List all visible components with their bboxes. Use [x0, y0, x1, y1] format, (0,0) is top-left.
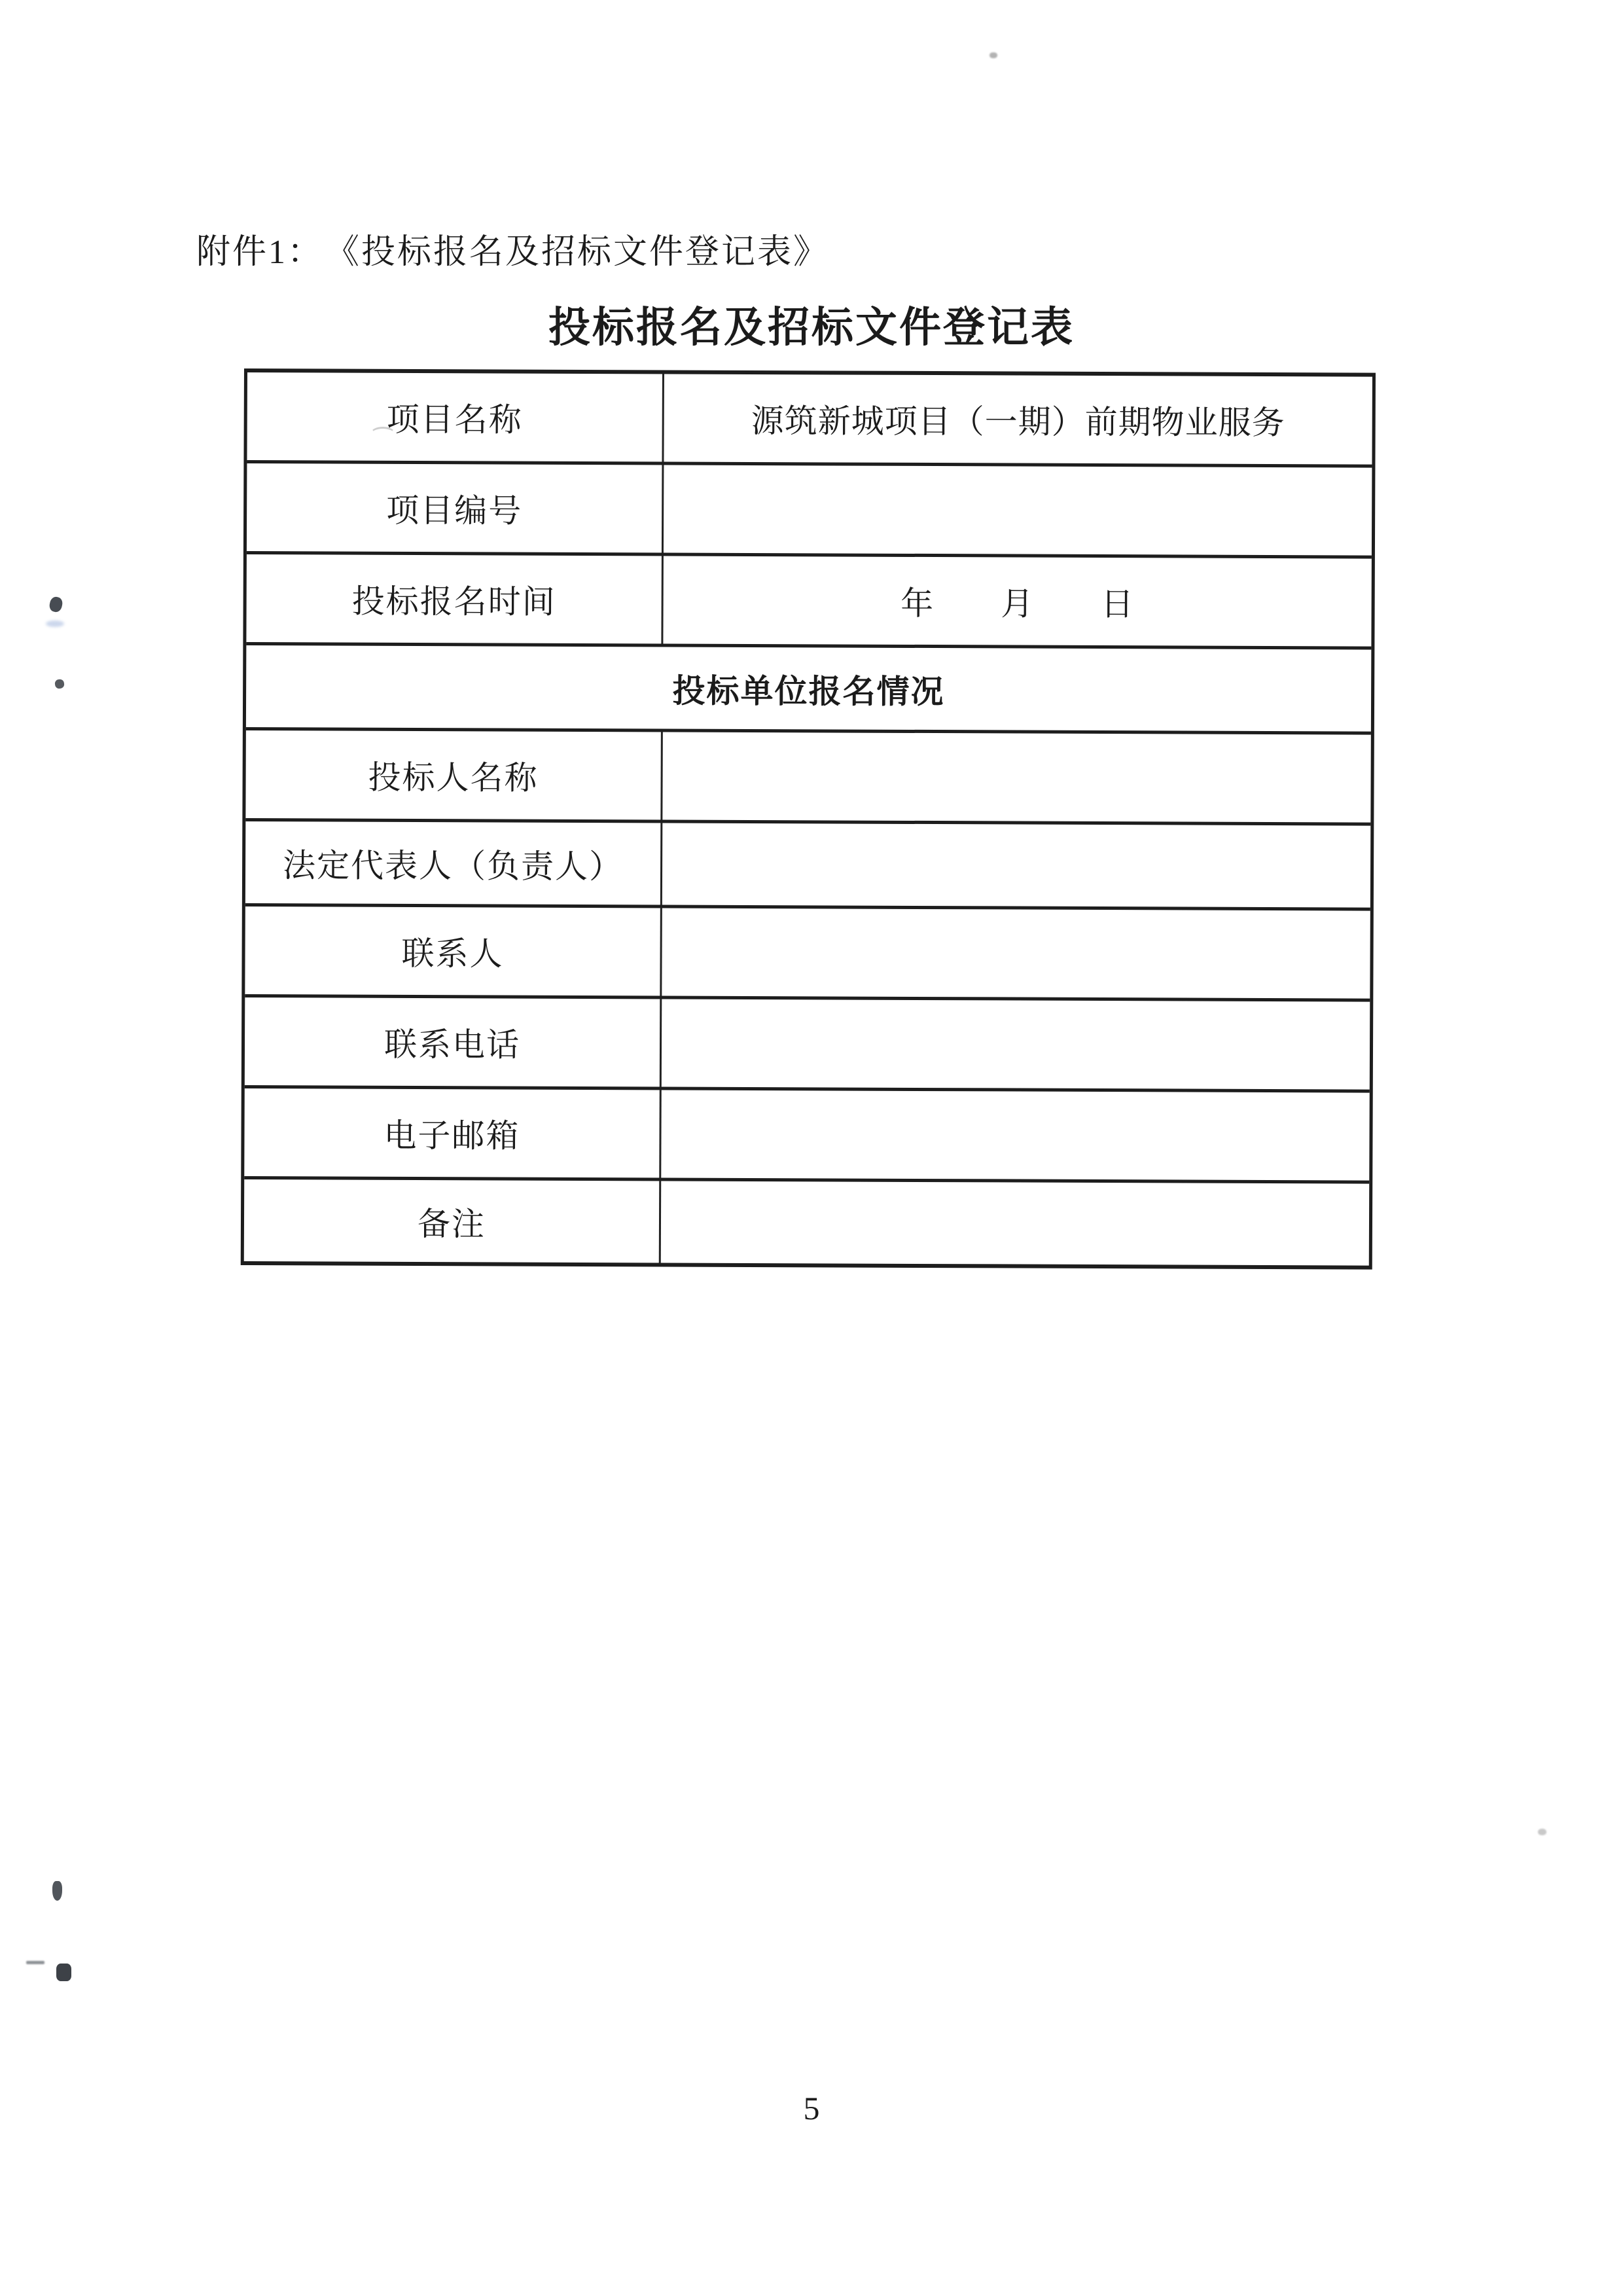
scan-speck	[990, 52, 997, 58]
project-number-label: 项目编号	[247, 463, 664, 552]
bidder-name-label: 投标人名称	[245, 730, 663, 819]
scanned-document-page: 附件1： 《投标报名及招标文件登记表》 投标报名及招标文件登记表 项目名称 源筑…	[0, 0, 1623, 2296]
legal-representative-label: 法定代表人（负责人）	[245, 821, 662, 905]
scan-smudge	[46, 620, 64, 627]
scan-pencil-mark	[370, 427, 395, 440]
table-row-registration-time: 投标报名时间 年 月 日	[246, 554, 1372, 650]
contact-person-value	[662, 908, 1370, 998]
table-row-bidder-name: 投标人名称	[245, 730, 1371, 826]
scan-speck	[56, 1964, 71, 1981]
table-row-email: 电子邮箱	[244, 1088, 1370, 1184]
section-header: 投标单位报名情况	[246, 645, 1371, 732]
registration-table: 项目名称 源筑新城项目（一期）前期物业服务 项目编号 投标报名时间 年 月 日 …	[241, 368, 1376, 1270]
email-value	[661, 1090, 1370, 1180]
remarks-label: 备注	[244, 1179, 661, 1263]
contact-person-label: 联系人	[245, 906, 662, 996]
registration-time-label: 投标报名时间	[246, 554, 664, 643]
attachment-note: 附件1： 《投标报名及招标文件登记表》	[196, 233, 829, 272]
project-number-value	[664, 465, 1372, 555]
contact-phone-value	[662, 999, 1370, 1089]
table-row-contact-person: 联系人	[245, 906, 1370, 1002]
legal-representative-value	[662, 823, 1370, 907]
section-header-row: 投标单位报名情况	[246, 645, 1371, 735]
page-title: 投标报名及招标文件登记表	[0, 304, 1623, 351]
scan-speck	[1538, 1829, 1546, 1835]
table-row-project-name: 项目名称 源筑新城项目（一期）前期物业服务	[247, 372, 1372, 468]
scan-speck	[54, 679, 65, 689]
remarks-value	[661, 1181, 1369, 1265]
registration-time-value: 年 月 日	[663, 556, 1372, 646]
table-row-legal-representative: 法定代表人（负责人）	[245, 821, 1370, 911]
project-name-value: 源筑新城项目（一期）前期物业服务	[664, 374, 1372, 464]
table-row-project-number: 项目编号	[247, 463, 1372, 559]
scan-speck	[52, 1881, 62, 1901]
project-name-label: 项目名称	[247, 372, 664, 461]
scan-speck	[48, 596, 63, 613]
page-number: 5	[0, 2089, 1623, 2127]
scan-speck	[26, 1961, 45, 1964]
email-label: 电子邮箱	[244, 1088, 662, 1177]
contact-phone-label: 联系电话	[245, 997, 662, 1086]
table-row-contact-phone: 联系电话	[245, 997, 1370, 1093]
bidder-name-value	[662, 732, 1371, 822]
table-row-remarks: 备注	[244, 1179, 1369, 1266]
